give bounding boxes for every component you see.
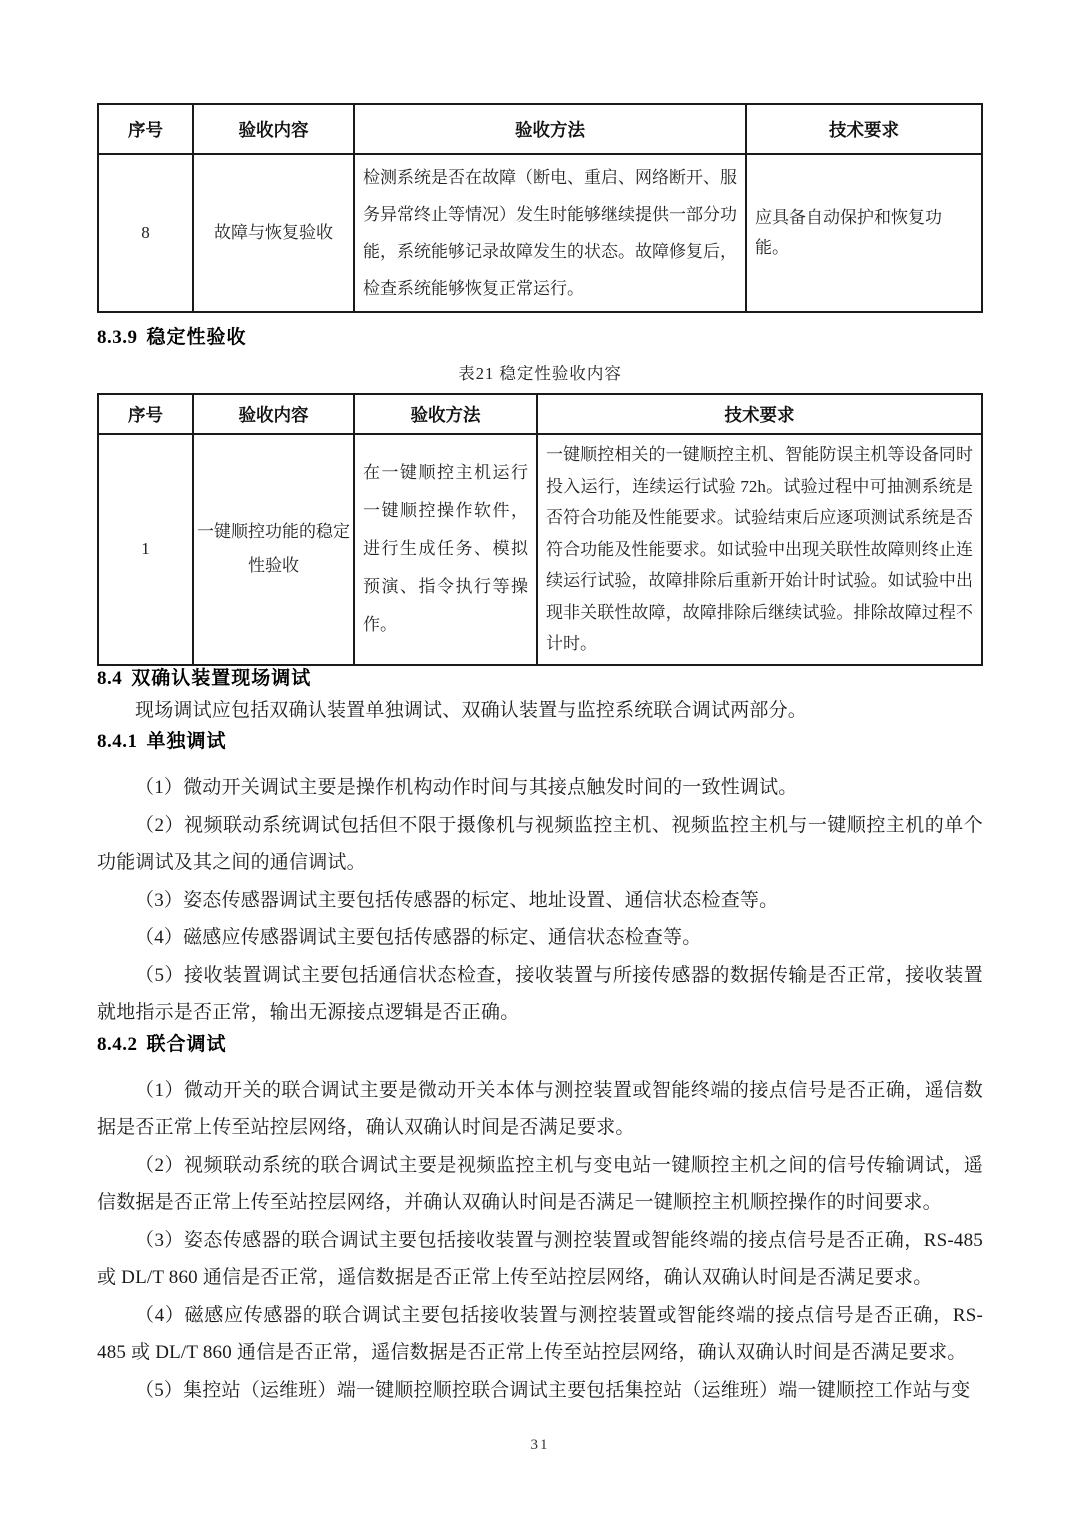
list-item-5: （5）接收装置调试主要包括通信状态检查，接收装置与所接传感器的数据传输是否正常，…	[97, 957, 983, 1032]
section-8-4-intro: 现场调试应包括双确认装置单独调试、双确认装置与监控系统联合调试两部分。	[97, 692, 983, 730]
col-header-no: 序号	[98, 394, 193, 434]
cell-content: 一键顺控功能的稳定性验收	[193, 434, 354, 665]
section-title: 双确认装置现场调试	[131, 668, 311, 689]
table-header-row: 序号 验收内容 验收方法 技术要求	[98, 394, 982, 434]
document-page: 序号 验收内容 验收方法 技术要求 8 故障与恢复验收 检测系统是否在故障（断电…	[0, 0, 1080, 1527]
section-title: 单独调试	[147, 731, 227, 752]
section-heading-8-4-1: 8.4.1单独调试	[97, 729, 983, 755]
list-item-1: （1）微动开关调试主要是操作机构动作时间与其接点触发时间的一致性调试。	[97, 769, 983, 807]
section-number: 8.4	[97, 668, 122, 689]
cell-requirement: 一键顺控相关的一键顺控主机、智能防误主机等设备同时投入运行，连续运行试验 72h…	[537, 434, 982, 665]
section-number: 8.3.9	[97, 327, 138, 348]
table-header-row: 序号 验收内容 验收方法 技术要求	[98, 104, 982, 154]
col-header-method: 验收方法	[354, 104, 746, 154]
list-item-4: （4）磁感应传感器的联合调试主要包括接收装置与测控装置或智能终端的接点信号是否正…	[97, 1297, 983, 1372]
section-heading-8-4: 8.4双确认装置现场调试	[97, 666, 983, 692]
section-number: 8.4.1	[97, 731, 138, 752]
col-header-requirement: 技术要求	[537, 394, 982, 434]
table21-stability-acceptance: 序号 验收内容 验收方法 技术要求 1 一键顺控功能的稳定性验收 在一键顺控主机…	[97, 393, 983, 666]
list-item-5: （5）集控站（运维班）端一键顺控顺控联合调试主要包括集控站（运维班）端一键顺控工…	[97, 1372, 983, 1410]
acceptance-table-continued: 序号 验收内容 验收方法 技术要求 8 故障与恢复验收 检测系统是否在故障（断电…	[97, 103, 983, 313]
section-8-4-1-body: （1）微动开关调试主要是操作机构动作时间与其接点触发时间的一致性调试。 （2）视…	[97, 769, 983, 1032]
list-item-2: （2）视频联动系统的联合调试主要是视频监控主机与变电站一键顺控主机之间的信号传输…	[97, 1147, 983, 1222]
list-item-2: （2）视频联动系统调试包括但不限于摄像机与视频监控主机、视频监控主机与一键顺控主…	[97, 807, 983, 882]
page-number: 31	[97, 1437, 983, 1454]
section-heading-8-4-2: 8.4.2联合调试	[97, 1032, 983, 1058]
section-heading-8-3-9: 8.3.9稳定性验收	[97, 325, 983, 351]
page-content: 序号 验收内容 验收方法 技术要求 8 故障与恢复验收 检测系统是否在故障（断电…	[97, 0, 983, 1454]
col-header-content: 验收内容	[193, 104, 354, 154]
cell-no: 8	[98, 154, 193, 312]
section-title: 联合调试	[147, 1034, 227, 1055]
cell-method: 检测系统是否在故障（断电、重启、网络断开、服务异常终止等情况）发生时能够继续提供…	[354, 154, 746, 312]
list-item-3: （3）姿态传感器的联合调试主要包括接收装置与测控装置或智能终端的接点信号是否正确…	[97, 1222, 983, 1297]
table-row: 1 一键顺控功能的稳定性验收 在一键顺控主机运行一键顺控操作软件，进行生成任务、…	[98, 434, 982, 665]
col-header-method: 验收方法	[354, 394, 537, 434]
cell-requirement: 应具备自动保护和恢复功能。	[746, 154, 982, 312]
list-item-3: （3）姿态传感器调试主要包括传感器的标定、地址设置、通信状态检查等。	[97, 882, 983, 920]
table-row: 8 故障与恢复验收 检测系统是否在故障（断电、重启、网络断开、服务异常终止等情况…	[98, 154, 982, 312]
list-item-4: （4）磁感应传感器调试主要包括传感器的标定、通信状态检查等。	[97, 919, 983, 957]
table21-caption: 表21 稳定性验收内容	[97, 360, 983, 384]
section-number: 8.4.2	[97, 1034, 138, 1055]
list-item-1: （1）微动开关的联合调试主要是微动开关本体与测控装置或智能终端的接点信号是否正确…	[97, 1072, 983, 1147]
cell-method: 在一键顺控主机运行一键顺控操作软件，进行生成任务、模拟预演、指令执行等操作。	[354, 434, 537, 665]
section-8-4-2-body: （1）微动开关的联合调试主要是微动开关本体与测控装置或智能终端的接点信号是否正确…	[97, 1072, 983, 1410]
col-header-no: 序号	[98, 104, 193, 154]
col-header-requirement: 技术要求	[746, 104, 982, 154]
section-title: 稳定性验收	[147, 327, 247, 348]
col-header-content: 验收内容	[193, 394, 354, 434]
cell-no: 1	[98, 434, 193, 665]
cell-content: 故障与恢复验收	[193, 154, 354, 312]
